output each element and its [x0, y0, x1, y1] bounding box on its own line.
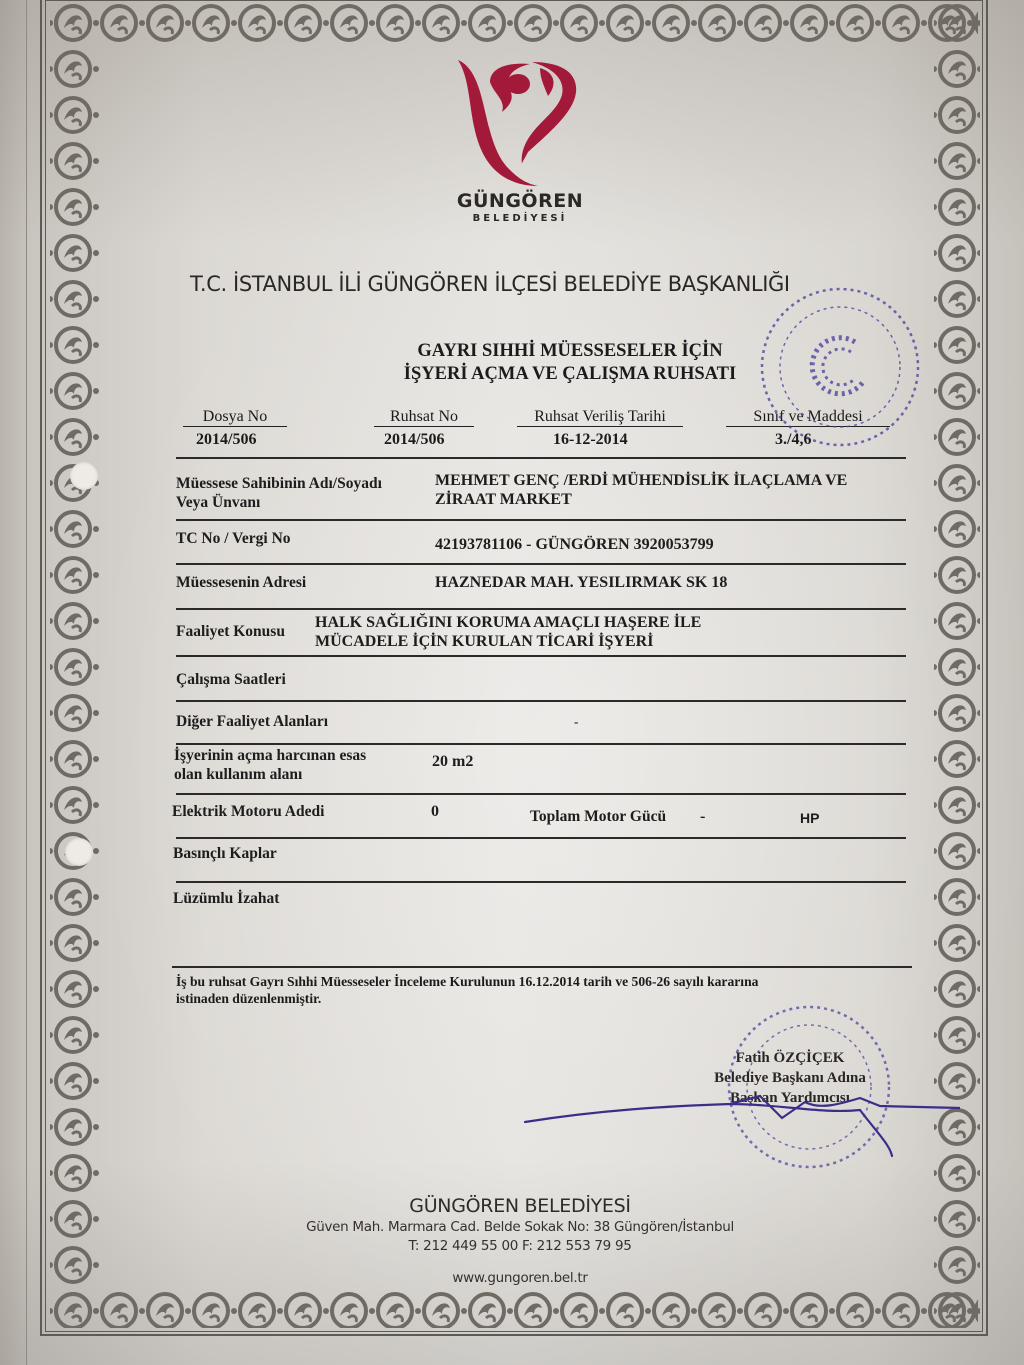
meta-label-license-no: Ruhsat No	[374, 408, 474, 427]
activity-value: HALK SAĞLIĞINI KORUMA AMAÇLI HAŞERE İLE …	[315, 613, 701, 651]
ornament-border-left	[50, 0, 100, 1328]
footer-website[interactable]: www.gungoren.bel.tr	[280, 1270, 760, 1286]
divider	[176, 793, 906, 795]
title-line-2: İŞYERİ AÇMA VE ÇALIŞMA RUHSATI	[330, 363, 810, 386]
logo-name: GÜNGÖREN	[400, 190, 640, 212]
divider	[172, 966, 912, 968]
tax-label: TC No / Vergi No	[176, 529, 291, 548]
other-activities-label: Diğer Faaliyet Alanları	[176, 712, 328, 731]
issuing-authority: T.C. İSTANBUL İLİ GÜNGÖREN İLÇESİ BELEDİ…	[190, 272, 890, 296]
meta-label-file-no: Dosya No	[183, 408, 287, 427]
usage-area-label-line-1: İşyerinin açma harcınan esas	[174, 746, 366, 765]
owner-label-line-1: Müessese Sahibinin Adı/Soyadı	[176, 474, 382, 493]
title-line-1: GAYRI SIHHİ MÜESSESELER İÇİN	[330, 340, 810, 363]
gungoren-rose-emblem-icon	[450, 52, 585, 202]
ornament-border-right	[934, 0, 980, 1328]
tax-value: 42193781106 - GÜNGÖREN 3920053799	[435, 535, 714, 554]
footer-phone: T: 212 449 55 00 F: 212 553 79 95	[280, 1238, 760, 1254]
other-activities-value: -	[574, 712, 578, 731]
pressure-vessels-label: Basınçlı Kaplar	[173, 844, 277, 863]
signatory-name: Fatih ÖZÇİÇEK	[690, 1048, 890, 1068]
meta-label-issue-date: Ruhsat Veriliş Tarihi	[517, 408, 683, 427]
divider	[176, 837, 906, 839]
punch-hole	[70, 462, 98, 490]
owner-label: Müessese Sahibinin Adı/Soyadı Veya Ünvan…	[176, 474, 382, 512]
working-hours-label: Çalışma Saatleri	[176, 670, 286, 689]
signatory-title: Başkan Yardımcısı	[690, 1088, 890, 1108]
activity-label: Faaliyet Konusu	[176, 622, 285, 641]
divider	[176, 881, 906, 883]
address-label: Müessesenin Adresi	[176, 573, 306, 592]
motor-count-label: Elektrik Motoru Adedi	[172, 802, 324, 821]
divider	[176, 743, 906, 745]
meta-value-license-no: 2014/506	[384, 431, 444, 449]
footer-address: Güven Mah. Marmara Cad. Belde Sokak No: …	[280, 1219, 760, 1235]
legal-note-line-1: İş bu ruhsat Gayrı Sıhhi Müesseseler İnc…	[176, 973, 906, 990]
divider	[176, 563, 906, 565]
divider	[176, 700, 906, 702]
meta-value-issue-date: 16-12-2014	[553, 431, 628, 449]
owner-value-line-1: MEHMET GENÇ /ERDİ MÜHENDİSLİK İLAÇLAMA V…	[435, 471, 847, 490]
logo-subtitle: BELEDİYESİ	[400, 213, 640, 224]
activity-value-line-1: HALK SAĞLIĞINI KORUMA AMAÇLI HAŞERE İLE	[315, 613, 701, 632]
divider	[176, 655, 906, 657]
owner-value-line-2: ZİRAAT MARKET	[435, 490, 847, 509]
motor-count-value: 0	[431, 802, 439, 821]
divider	[176, 608, 906, 610]
punch-hole	[65, 838, 93, 866]
legal-note-line-2: istinaden düzenlenmiştir.	[176, 990, 906, 1007]
signatory-role: Belediye Başkanı Adına	[690, 1068, 890, 1088]
usage-area-label: İşyerinin açma harcınan esas olan kullan…	[174, 746, 366, 784]
ornament-border-bottom	[50, 1288, 978, 1328]
ornament-border-top	[50, 0, 978, 46]
owner-value: MEHMET GENÇ /ERDİ MÜHENDİSLİK İLAÇLAMA V…	[435, 471, 847, 509]
meta-value-file-no: 2014/506	[196, 431, 256, 449]
address-value: HAZNEDAR MAH. YESILIRMAK SK 18	[435, 573, 727, 592]
usage-area-value: 20 m2	[432, 752, 473, 771]
divider	[176, 457, 906, 459]
activity-value-line-2: MÜCADELE İÇİN KURULAN TİCARİ İŞYERİ	[315, 632, 701, 651]
meta-value-class: 3./4,6	[775, 431, 811, 449]
divider	[176, 519, 906, 521]
motor-power-label: Toplam Motor Gücü	[530, 807, 666, 826]
required-explanation-label: Lüzümlu İzahat	[173, 889, 279, 908]
meta-label-class: Sınıf ve Maddesi	[726, 408, 890, 427]
document-title: GAYRI SIHHİ MÜESSESELER İÇİN İŞYERİ AÇMA…	[330, 340, 810, 386]
owner-label-line-2: Veya Ünvanı	[176, 493, 382, 512]
motor-power-value: -	[700, 807, 705, 826]
footer-municipality-name: GÜNGÖREN BELEDİYESİ	[300, 1195, 740, 1217]
usage-area-label-line-2: olan kullanım alanı	[174, 765, 366, 784]
page-edge	[26, 0, 27, 1365]
motor-power-unit: HP	[800, 809, 819, 828]
legal-note: İş bu ruhsat Gayrı Sıhhi Müesseseler İnc…	[176, 973, 906, 1007]
signatory-block: Fatih ÖZÇİÇEK Belediye Başkanı Adına Baş…	[690, 1048, 890, 1108]
